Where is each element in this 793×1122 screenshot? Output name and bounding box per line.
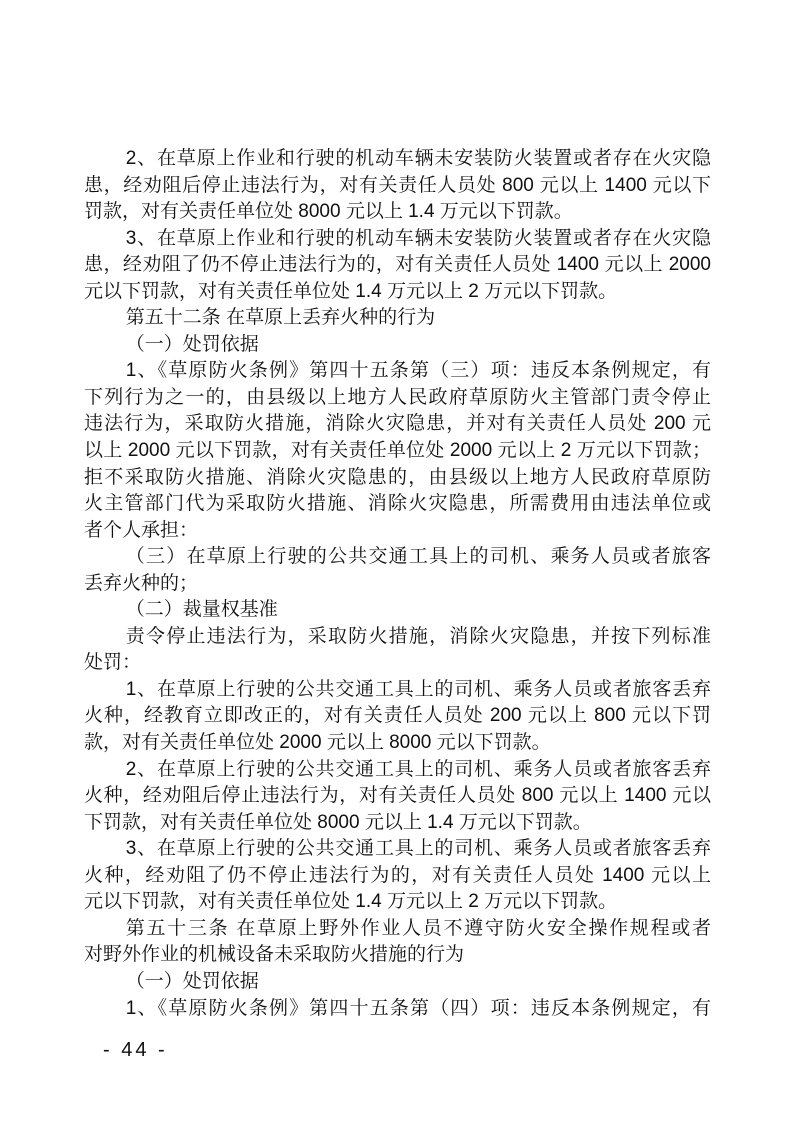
text-line: （一）处罚依据 xyxy=(84,969,711,996)
text-line: 患，经劝阻后停止违法行为，对有关责任人员处 800 元以上 1400 元以下 xyxy=(84,173,711,200)
text-line: 火主管部门代为采取防火措施、消除火灾隐患，所需费用由违法单位或 xyxy=(84,491,711,518)
text-line: 3、在草原上行驶的公共交通工具上的司机、乘务人员或者旅客丢弃 xyxy=(84,836,711,863)
text-line: 1、《草原防火条例》第四十五条第（四）项：违反本条例规定，有 xyxy=(84,996,711,1023)
text-line: 下列行为之一的，由县级以上地方人民政府草原防火主管部门责令停止 xyxy=(84,385,711,412)
text-line: 以上 2000 元以下罚款，对有关责任单位处 2000 元以上 2 万元以下罚款… xyxy=(84,438,711,465)
text-line: （二）裁量权基准 xyxy=(84,597,711,624)
text-line: 火种，经教育立即改正的，对有关责任人员处 200 元以上 800 元以下罚 xyxy=(84,703,711,730)
text-line: 1、在草原上行驶的公共交通工具上的司机、乘务人员或者旅客丢弃 xyxy=(84,677,711,704)
text-line: 3、在草原上作业和行驶的机动车辆未安装防火装置或者存在火灾隐 xyxy=(84,226,711,253)
text-line: 第五十二条 在草原上丢弃火种的行为 xyxy=(84,305,711,332)
text-line: 下罚款，对有关责任单位处 8000 元以上 1.4 万元以下罚款。 xyxy=(84,810,711,837)
text-line: 1、《草原防火条例》第四十五条第（三）项：违反本条例规定，有 xyxy=(84,358,711,385)
text-line: 罚款，对有关责任单位处 8000 元以上 1.4 万元以下罚款。 xyxy=(84,199,711,226)
text-line: 2、在草原上行驶的公共交通工具上的司机、乘务人员或者旅客丢弃 xyxy=(84,757,711,784)
page-number: - 44 - xyxy=(103,1038,168,1062)
text-line: 火种，经劝阻了仍不停止违法行为的，对有关责任人员处 1400 元以上 2000 xyxy=(84,863,711,890)
text-line: 元以下罚款，对有关责任单位处 1.4 万元以上 2 万元以下罚款。 xyxy=(84,279,711,306)
legal-text: 2、在草原上作业和行驶的机动车辆未安装防火装置或者存在火灾隐患，经劝阻后停止违法… xyxy=(84,146,711,1022)
text-line: （一）处罚依据 xyxy=(84,332,711,359)
text-line: 者个人承担： xyxy=(84,518,711,545)
text-line: 丢弃火种的； xyxy=(84,571,711,598)
text-line: 患，经劝阻了仍不停止违法行为的，对有关责任人员处 1400 元以上 2000 xyxy=(84,252,711,279)
text-line: 对野外作业的机械设备未采取防火措施的行为 xyxy=(84,942,711,969)
text-line: 火种，经劝阻后停止违法行为，对有关责任人员处 800 元以上 1400 元以 xyxy=(84,783,711,810)
text-line: 拒不采取防火措施、消除火灾隐患的，由县级以上地方人民政府草原防 xyxy=(84,465,711,492)
text-line: 2、在草原上作业和行驶的机动车辆未安装防火装置或者存在火灾隐 xyxy=(84,146,711,173)
document-page: 2、在草原上作业和行驶的机动车辆未安装防火装置或者存在火灾隐患，经劝阻后停止违法… xyxy=(0,0,793,1122)
text-line: 违法行为，采取防火措施，消除火灾隐患，并对有关责任人员处 200 元 xyxy=(84,411,711,438)
text-line: 第五十三条 在草原上野外作业人员不遵守防火安全操作规程或者 xyxy=(84,916,711,943)
text-line: 元以下罚款，对有关责任单位处 1.4 万元以上 2 万元以下罚款。 xyxy=(84,889,711,916)
text-line: 处罚： xyxy=(84,650,711,677)
text-line: （三）在草原上行驶的公共交通工具上的司机、乘务人员或者旅客 xyxy=(84,544,711,571)
text-line: 款，对有关责任单位处 2000 元以上 8000 元以下罚款。 xyxy=(84,730,711,757)
text-line: 责令停止违法行为，采取防火措施，消除火灾隐患，并按下列标准 xyxy=(84,624,711,651)
